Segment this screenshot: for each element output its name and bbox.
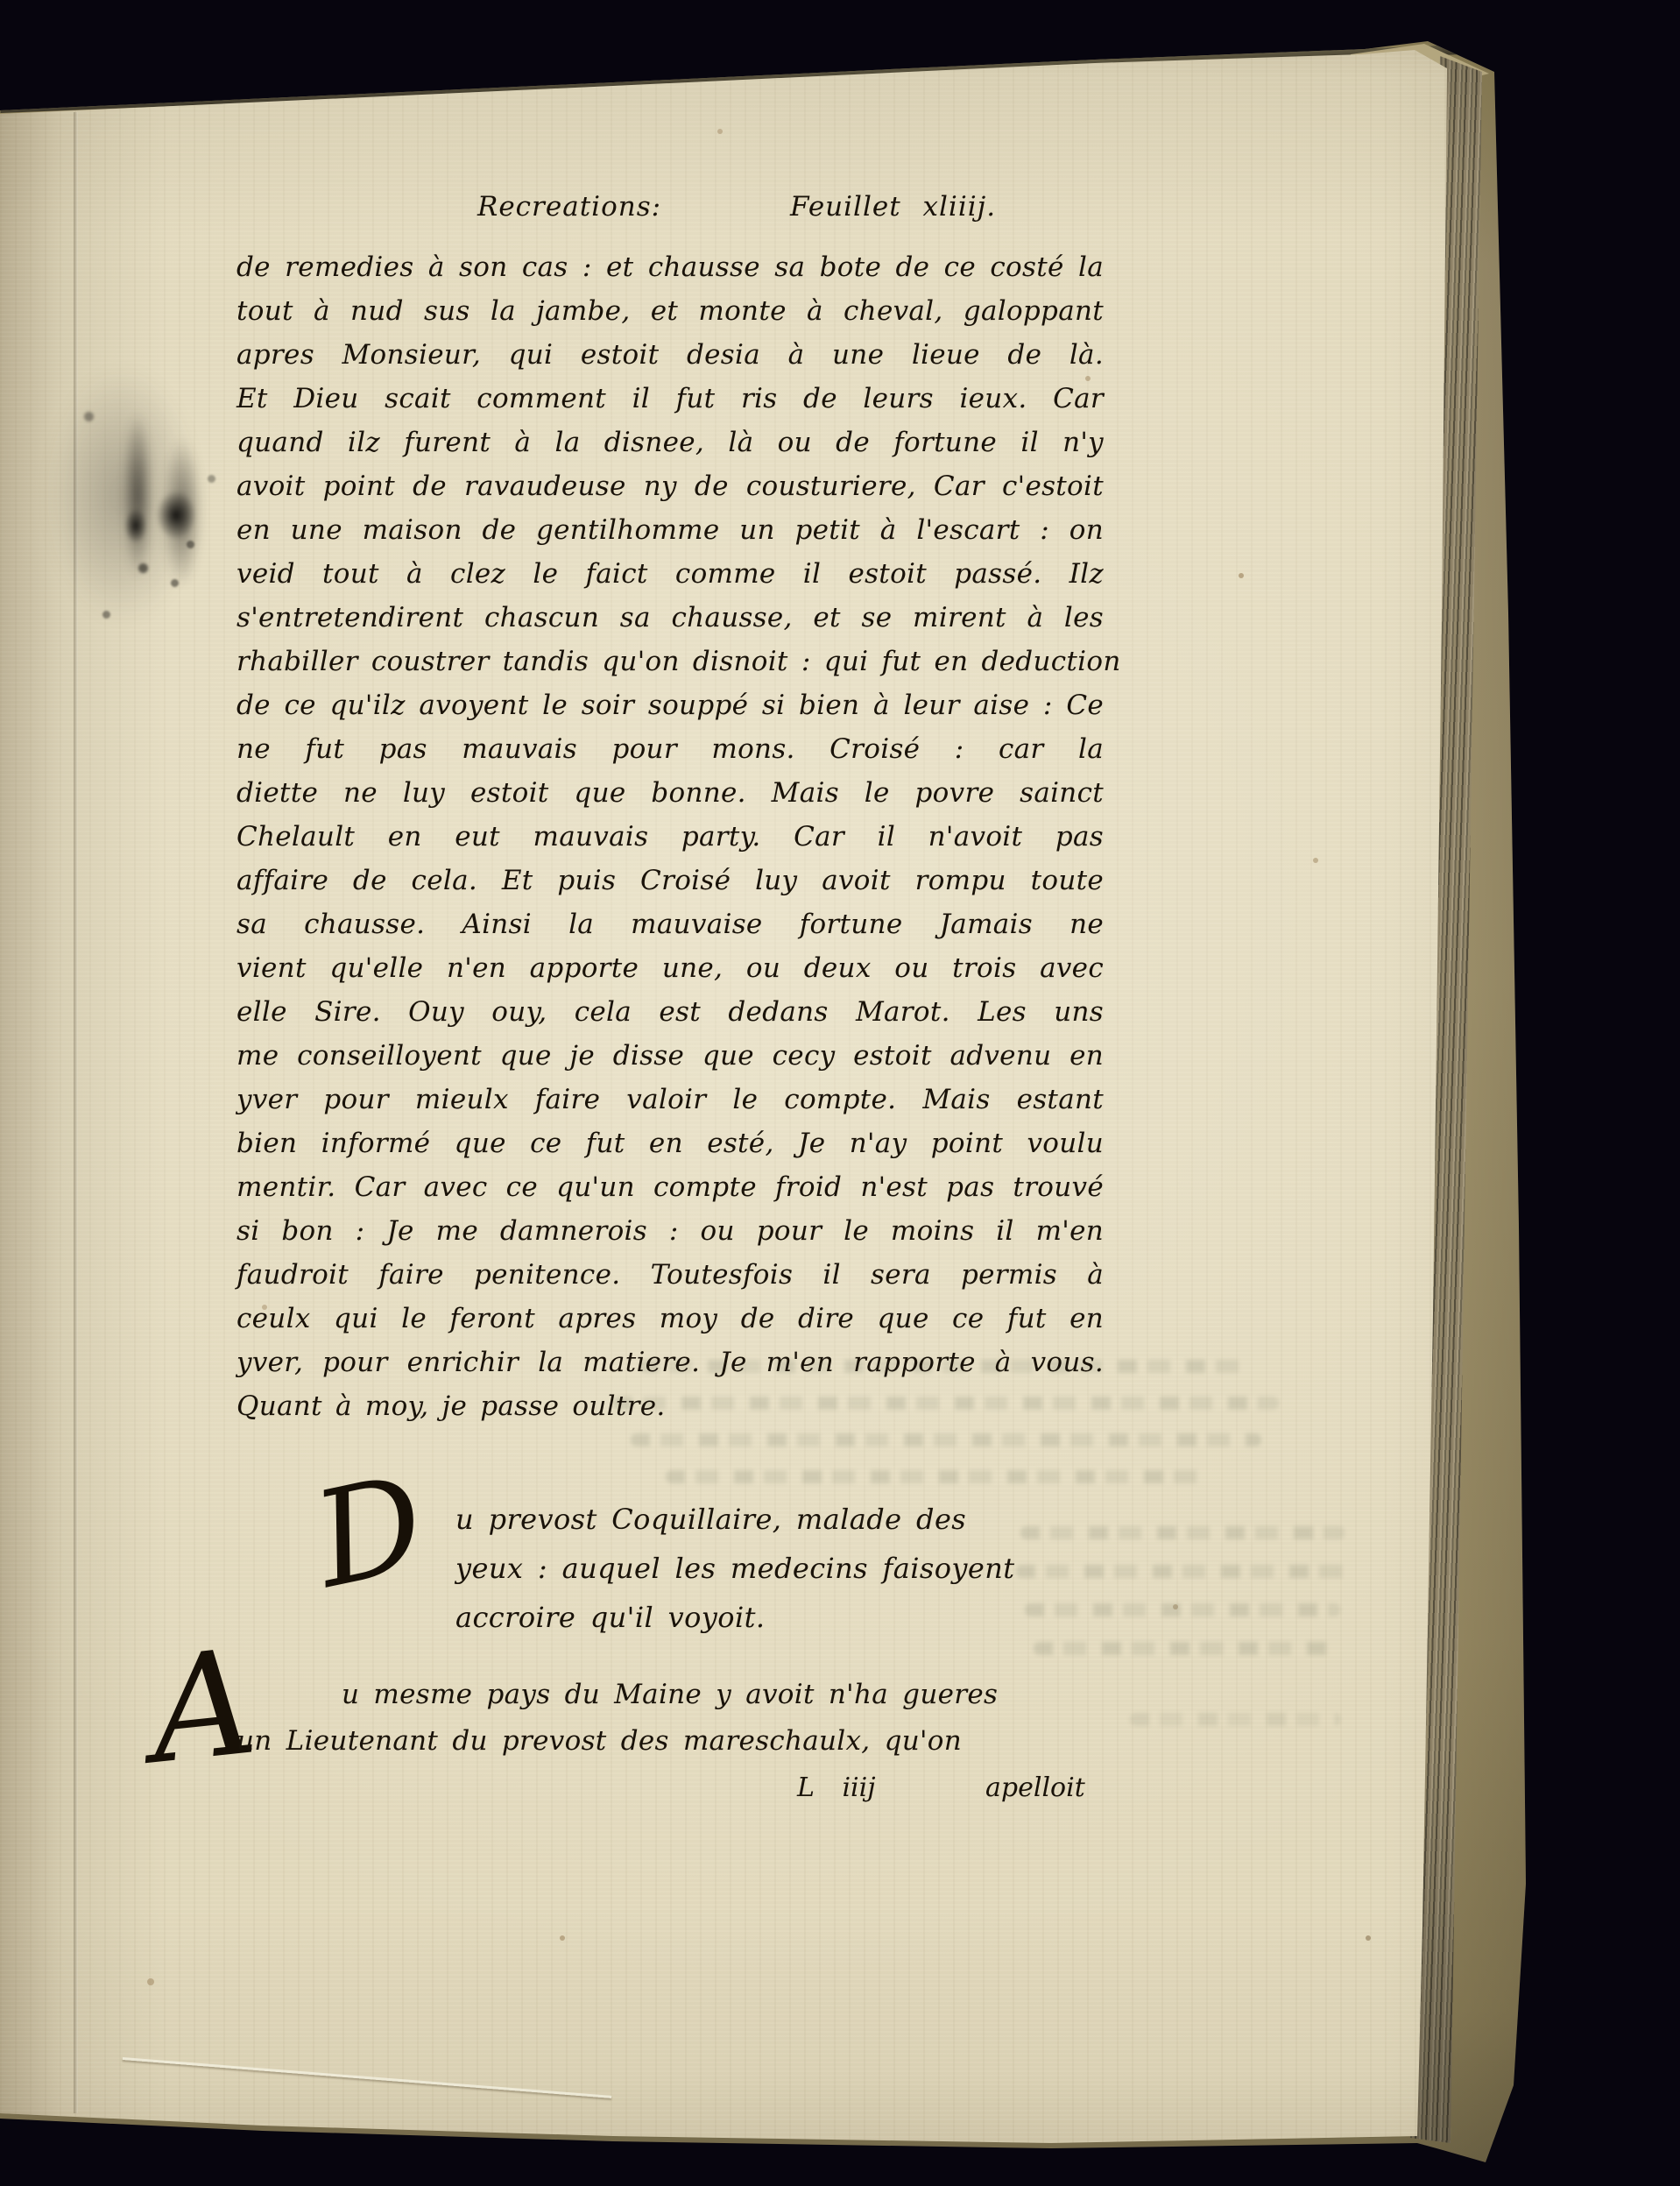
chapter-heading: u prevost Coquillaire, malade desyeux : … bbox=[236, 1495, 1069, 1642]
body-text-line: mentir. Car avec ce qu'un compte froid n… bbox=[236, 1165, 1104, 1209]
scanned-book-photo: Recreations: Feuillet xliiij. de remedie… bbox=[0, 0, 1680, 2186]
body-text-line: tout à nud sus la jambe, et monte à chev… bbox=[236, 289, 1104, 333]
body-text-line: veid tout à clez le faict comme il estoi… bbox=[236, 552, 1104, 596]
body-text-line: s'entretendirent chascun sa chausse, et … bbox=[236, 596, 1104, 640]
closing-paragraph-line: un Lieutenant du prevost des mareschaulx… bbox=[236, 1718, 1104, 1765]
body-text-line: apres Monsieur, qui estoit desia à une l… bbox=[236, 333, 1104, 377]
body-text-line: bien informé que ce fut en esté, Je n'ay… bbox=[236, 1121, 1104, 1165]
body-text-line: me conseilloyent que je disse que cecy e… bbox=[236, 1034, 1104, 1078]
body-text: de remedies à son cas : et chausse sa bo… bbox=[236, 245, 1104, 1428]
body-text-line: de ce qu'ilz avoyent le soir souppé si b… bbox=[236, 683, 1104, 727]
catchword: apelloit bbox=[985, 1765, 1085, 1811]
body-text-line: ceulx qui le feront apres moy de dire qu… bbox=[236, 1297, 1104, 1341]
chapter-heading-line: accroire qu'il voyoit. bbox=[455, 1593, 1069, 1642]
closing-paragraph-line: u mesme pays du Maine y avoit n'ha guere… bbox=[342, 1672, 1104, 1718]
body-text-line: Et Dieu scait comment il fut ris de leur… bbox=[236, 377, 1104, 421]
body-text-line: si bon : Je me damnerois : ou pour le mo… bbox=[236, 1209, 1104, 1253]
body-text-line: faudroit faire penitence. Toutesfois il … bbox=[236, 1253, 1104, 1297]
running-head-title: Recreations: bbox=[477, 191, 661, 231]
body-text-line: de remedies à son cas : et chausse sa bo… bbox=[236, 245, 1104, 289]
chapter-heading-line: u prevost Coquillaire, malade des bbox=[455, 1495, 1069, 1544]
body-text-line: vient qu'elle n'en apporte une, ou deux … bbox=[236, 946, 1104, 990]
body-text-line: quand ilz furent à la disnee, là ou de f… bbox=[236, 421, 1104, 464]
body-text-line: affaire de cela. Et puis Croisé luy avoi… bbox=[236, 859, 1104, 902]
body-text-line: Chelault en eut mauvais party. Car il n'… bbox=[236, 815, 1104, 859]
body-text-line: avoit point de ravaudeuse ny de cousturi… bbox=[236, 464, 1104, 508]
signature-mark: L iiij bbox=[797, 1765, 876, 1811]
body-text-line: diette ne luy estoit que bonne. Mais le … bbox=[236, 771, 1104, 815]
body-text-line: ne fut pas mauvais pour mons. Croisé : c… bbox=[236, 727, 1104, 771]
body-text-line: Quant à moy, je passe oultre. bbox=[236, 1384, 1104, 1428]
body-text-line: rhabiller coustrer tandis qu'on disnoit … bbox=[236, 640, 1104, 683]
body-text-line: elle Sire. Ouy ouy, cela est dedans Maro… bbox=[236, 990, 1104, 1034]
foxing-specks bbox=[0, 0, 4, 4]
body-text-line: yver, pour enrichir la matiere. Je m'en … bbox=[236, 1341, 1104, 1384]
closing-paragraph: u mesme pays du Maine y avoit n'ha guere… bbox=[236, 1672, 1104, 1765]
body-text-line: en une maison de gentilhomme un petit à … bbox=[236, 508, 1104, 552]
body-text-line: yver pour mieulx faire valoir le compte.… bbox=[236, 1078, 1104, 1121]
chapter-heading-line: yeux : auquel les medecins faisoyent bbox=[455, 1544, 1069, 1593]
body-text-line: sa chausse. Ainsi la mauvaise fortune Ja… bbox=[236, 902, 1104, 946]
running-head-folio: Feuillet xliiij. bbox=[790, 191, 996, 231]
